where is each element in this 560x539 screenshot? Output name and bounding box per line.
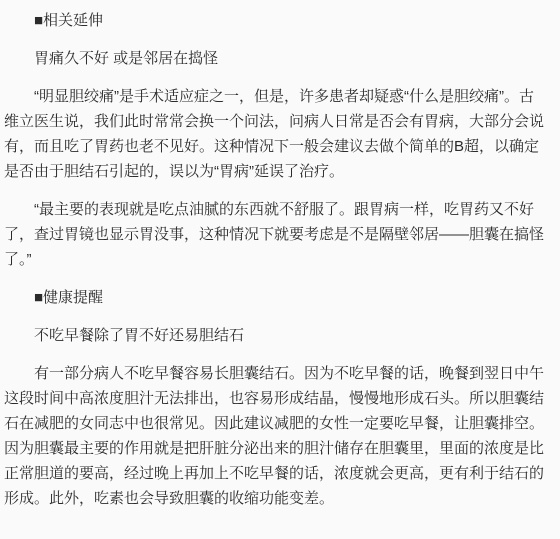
article-paragraph: 有一部分病人不吃早餐容易长胆囊结石。因为不吃早餐的话，晚餐到翌日中午这段时间中高… [4, 361, 547, 511]
section-subtitle-skip-breakfast: 不吃早餐除了胃不好还易胆结石 [4, 323, 547, 348]
section-heading-health-reminder: ■健康提醒 [4, 285, 547, 310]
article-paragraph: “明显胆绞痛”是手术适应症之一，但是，许多患者却疑惑“什么是胆绞痛”。古维立医生… [4, 84, 547, 184]
article-paragraph: “最主要的表现就是吃点油腻的东西就不舒服了。跟胃病一样，吃胃药又不好了，查过胃镜… [4, 197, 547, 272]
section-subtitle-stomach-pain: 胃痛久不好 或是邻居在捣怪 [4, 46, 547, 71]
page: { "page": { "background_color": "#fafafa… [0, 0, 560, 539]
section-heading-related-extension: ■相关延伸 [4, 8, 547, 33]
article-body: ■相关延伸 胃痛久不好 或是邻居在捣怪 “明显胆绞痛”是手术适应症之一，但是，许… [0, 0, 560, 539]
